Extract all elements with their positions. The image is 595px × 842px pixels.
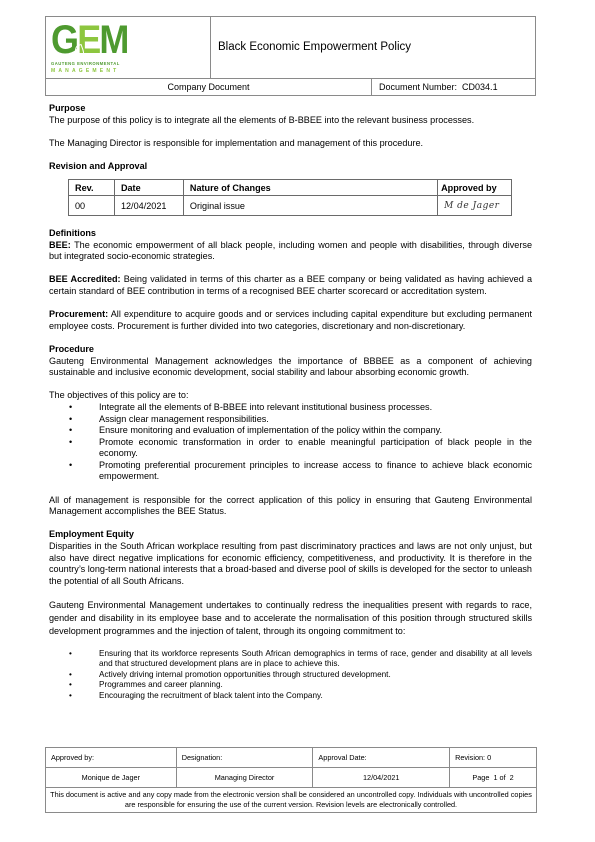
definition-bee-accredited: BEE Accredited: Being validated in terms…: [49, 274, 532, 297]
list-item: •Promote economic transformation in orde…: [49, 437, 532, 460]
employment-equity-text-2: Gauteng Environmental Management underta…: [49, 599, 532, 637]
purpose-heading: Purpose: [49, 103, 532, 115]
approved-by-label: Approved by:: [46, 748, 177, 768]
list-item: •Actively driving internal promotion opp…: [49, 670, 532, 680]
page-number: Page 1 of 2: [450, 768, 537, 788]
approver-signature: M de Jager: [438, 196, 512, 216]
list-item: •Integrate all the elements of B-BBEE in…: [49, 402, 532, 414]
objectives-list: •Integrate all the elements of B-BBEE in…: [49, 402, 532, 483]
document-header: GEM GAUTENG ENVIRONMENTAL MANAGEMENT Bla…: [45, 16, 536, 96]
bullet-icon: •: [69, 414, 72, 426]
responsibility-text: The Managing Director is responsible for…: [49, 138, 532, 150]
definitions-heading: Definitions: [49, 228, 532, 240]
logo-cell: GEM GAUTENG ENVIRONMENTAL MANAGEMENT: [46, 17, 211, 78]
definitions-section: Definitions BEE: The economic empowermen…: [49, 228, 532, 701]
document-title: Black Economic Empowerment Policy: [218, 41, 411, 53]
list-item: •Assign clear management responsibilitie…: [49, 414, 532, 426]
approval-footer: Approved by: Designation: Approval Date:…: [45, 747, 537, 813]
footer-label-row: Approved by: Designation: Approval Date:…: [46, 748, 537, 768]
bullet-icon: •: [69, 670, 72, 680]
col-approved-by: Approved by: [438, 180, 512, 196]
definition-procurement: Procurement: All expenditure to acquire …: [49, 309, 532, 332]
nature-value: Original issue: [183, 196, 437, 216]
bullet-icon: •: [69, 425, 72, 437]
col-rev: Rev.: [69, 180, 115, 196]
col-nature: Nature of Changes: [183, 180, 437, 196]
list-item: •Ensuring that its workforce represents …: [49, 649, 532, 670]
bullet-icon: •: [69, 460, 72, 472]
approval-date-value: 12/04/2021: [313, 768, 450, 788]
logo-subtitle-1: GAUTENG ENVIRONMENTAL: [51, 61, 120, 66]
gem-logo: GEM GAUTENG ENVIRONMENTAL MANAGEMENT: [50, 19, 116, 77]
revision-header-row: Rev. Date Nature of Changes Approved by: [69, 180, 512, 196]
list-item: •Encouraging the recruitment of black ta…: [49, 691, 532, 701]
bullet-icon: •: [69, 680, 72, 690]
footer-note-row: This document is active and any copy mad…: [46, 788, 537, 813]
bullet-icon: •: [69, 402, 72, 414]
bullet-icon: •: [69, 649, 72, 659]
designation-label: Designation:: [176, 748, 313, 768]
designation-value: Managing Director: [176, 768, 313, 788]
rev-value: 00: [69, 196, 115, 216]
table-row: 00 12/04/2021 Original issue M de Jager: [69, 196, 512, 216]
employment-equity-text-1: Disparities in the South African workpla…: [49, 541, 532, 587]
logo-subtitle-2: MANAGEMENT: [51, 68, 119, 74]
approval-date-label: Approval Date:: [313, 748, 450, 768]
control-note: This document is active and any copy mad…: [46, 788, 537, 813]
revision-label: Revision: 0: [450, 748, 537, 768]
definition-bee: BEE: The economic empowerment of all bla…: [49, 240, 532, 263]
bullet-icon: •: [69, 691, 72, 701]
revision-table: Rev. Date Nature of Changes Approved by …: [68, 179, 512, 216]
footer-value-row: Monique de Jager Managing Director 12/04…: [46, 768, 537, 788]
document-number: Document Number: CD034.1: [379, 79, 498, 96]
date-value: 12/04/2021: [114, 196, 183, 216]
objectives-intro: The objectives of this policy are to:: [49, 390, 532, 402]
employment-equity-heading: Employment Equity: [49, 529, 532, 541]
bullet-icon: •: [69, 437, 72, 449]
revision-heading: Revision and Approval: [49, 161, 532, 173]
approver-name: Monique de Jager: [46, 768, 177, 788]
commitments-list: •Ensuring that its workforce represents …: [49, 649, 532, 701]
purpose-text: The purpose of this policy is to integra…: [49, 115, 532, 127]
purpose-section: Purpose The purpose of this policy is to…: [49, 103, 532, 173]
procedure-closing: All of management is responsible for the…: [49, 495, 532, 518]
col-date: Date: [114, 180, 183, 196]
header-info-row: Company Document Document Number: CD034.…: [46, 78, 535, 96]
procedure-heading: Procedure: [49, 344, 532, 356]
list-item: •Promoting preferential procurement prin…: [49, 460, 532, 483]
list-item: •Programmes and career planning.: [49, 680, 532, 690]
logo-letters: GEM: [51, 19, 128, 61]
title-cell: Black Economic Empowerment Policy: [211, 17, 535, 78]
list-item: •Ensure monitoring and evaluation of imp…: [49, 425, 532, 437]
procedure-intro: Gauteng Environmental Management acknowl…: [49, 356, 532, 379]
company-document-label: Company Document: [46, 79, 372, 96]
